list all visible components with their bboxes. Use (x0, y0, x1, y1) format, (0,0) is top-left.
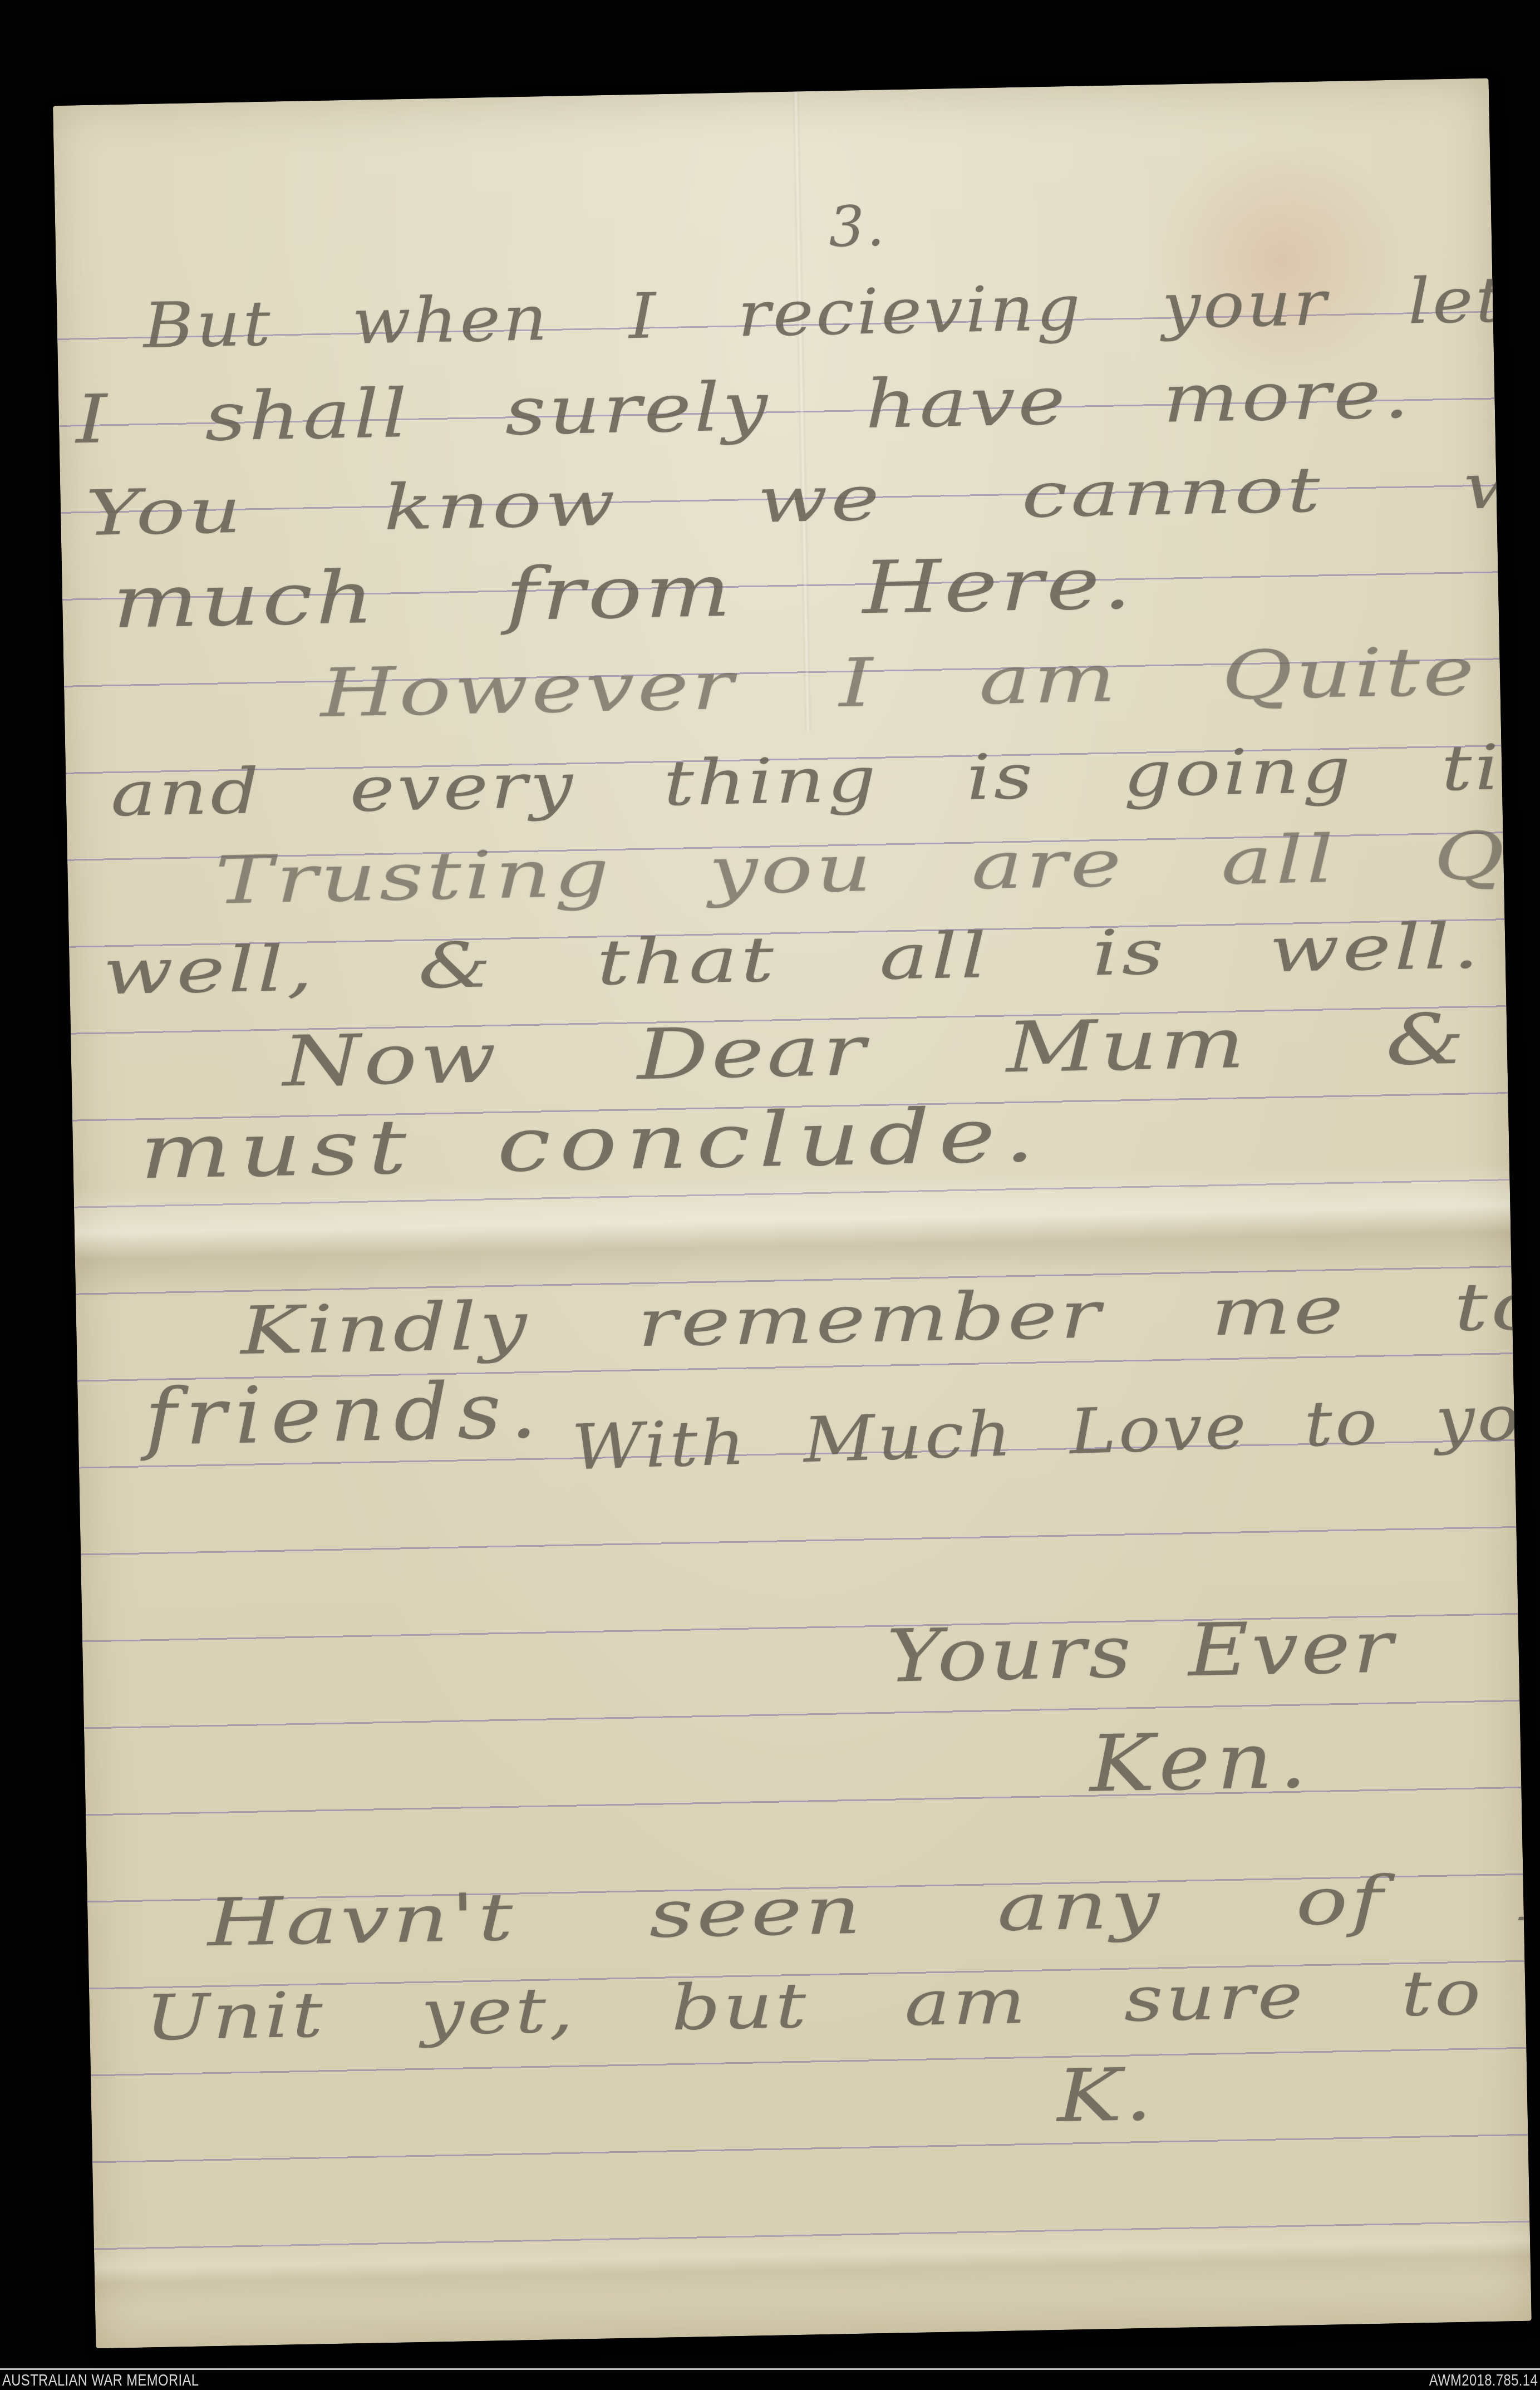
footer-divider (0, 2368, 1540, 2370)
postscript-initial: K. (1056, 2058, 1155, 2132)
footer-bar: AUSTRALIAN WAR MEMORIAL AWM2018.785.14 (0, 2370, 1540, 2390)
handwriting-line-4: much from Here. (112, 547, 1135, 638)
scanned-letter-page: { "letter": { "page_number": "3.", "body… (0, 0, 1540, 2390)
page-number: 3. (828, 198, 887, 255)
closing-line-yours-ever: Yours Ever (887, 1610, 1396, 1693)
reference-number: AWM2018.785.14 (1429, 2373, 1538, 2389)
handwriting-line-12: friends. (144, 1371, 547, 1457)
signature-ken: Ken. (1089, 1722, 1313, 1804)
letter-sheet: 3. But when I recieving your letters I s… (53, 78, 1532, 2348)
handwriting-line-10: must conclude. (139, 1097, 1044, 1189)
archive-name: AUSTRALIAN WAR MEMORIAL (2, 2373, 199, 2389)
